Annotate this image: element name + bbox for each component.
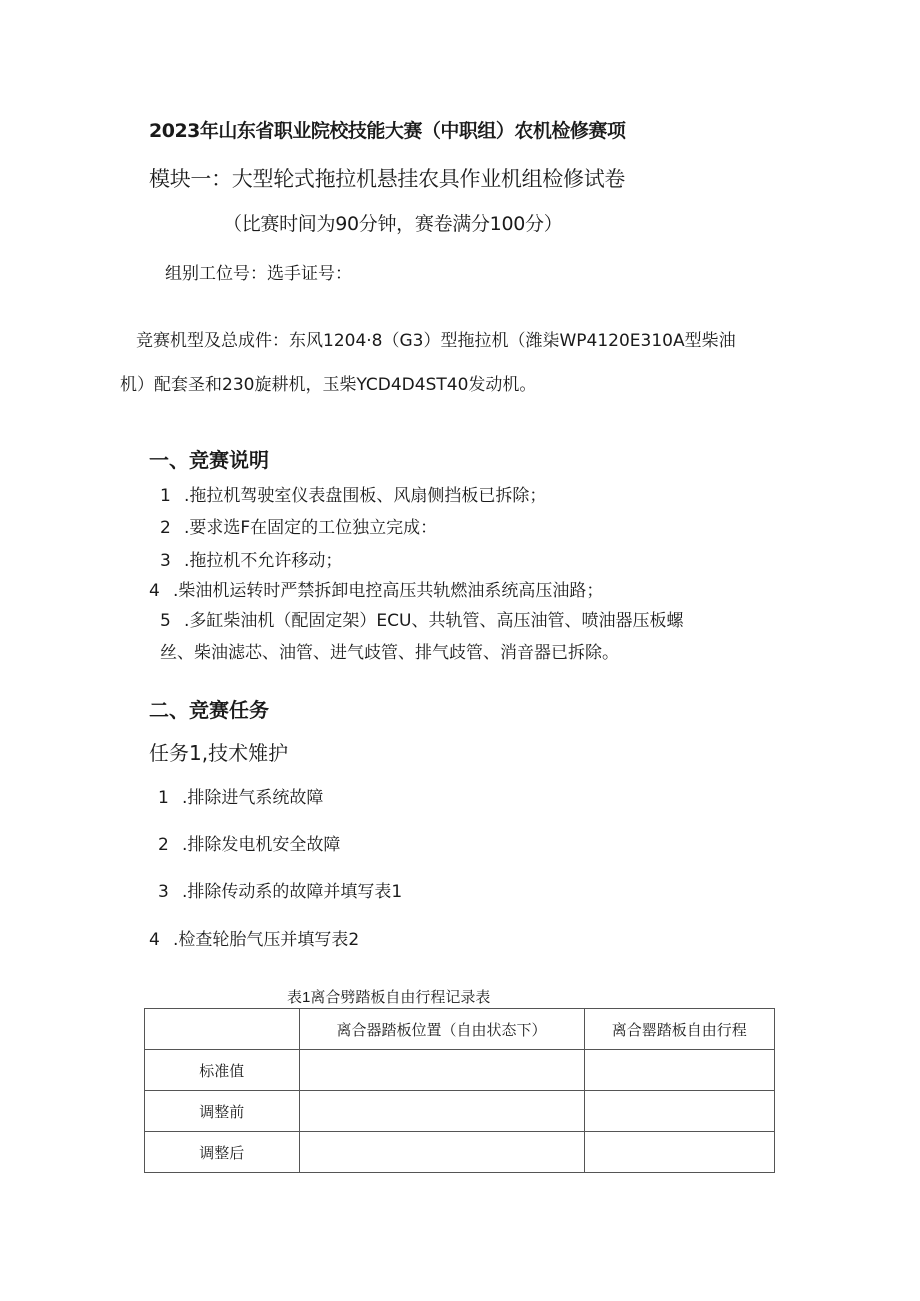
intro-line-1: 竞赛机型及总成件：东风1204·8（G3）型拖拉机（潍柒WP4120E310A型… xyxy=(136,326,736,351)
candidate-id-line: 组别工位号：选手证号： xyxy=(165,259,352,284)
rule-text: .多缸柴油机（配固定架）ECU、共轨管、高压油管、喷油器压板螺 xyxy=(184,611,683,631)
rule-text: .拖拉机驾驶室仪表盘围板、风扇侧挡板已拆除； xyxy=(184,486,546,506)
table-header-cell xyxy=(145,1009,300,1050)
table1-caption: 表1离合劈踏板自由行程记录表 xyxy=(287,986,490,1007)
intro-line-2: 机）配套圣和230旋耕机，玉柴YCD4D4ST40发动机。 xyxy=(120,370,536,395)
input-cell[interactable] xyxy=(299,1132,584,1173)
exam-title: 2023年山东省职业院校技能大赛（中职组）农机检修赛项 xyxy=(149,116,625,143)
table-row: 调整前 xyxy=(145,1091,775,1132)
task-number: 4 xyxy=(149,930,173,950)
task1-title: 任务1,技术雉护 xyxy=(149,737,288,766)
row-label: 标准值 xyxy=(145,1050,300,1091)
table-header-row: 离合器踏板位置（自由状态下） 离合罂踏板自由行程 xyxy=(145,1009,775,1050)
row-label: 调整前 xyxy=(145,1091,300,1132)
rule-item-5-continuation: 丝、柴油滤芯、油管、进气歧管、排气歧管、消音器已拆除。 xyxy=(160,638,619,663)
rule-text: .柴油机运转时严禁拆卸电控高压共轨燃油系统高压油路； xyxy=(173,581,603,601)
table-row: 标准值 xyxy=(145,1050,775,1091)
rule-item-1: 1.拖拉机驾驶室仪表盘围板、风扇侧挡板已拆除； xyxy=(160,481,546,506)
rule-number: 1 xyxy=(160,486,184,506)
rule-number: 3 xyxy=(160,551,184,571)
task-item-3: 3.排除传动系的故障并填写表1 xyxy=(158,877,402,902)
input-cell[interactable] xyxy=(584,1132,774,1173)
rule-text: .拖拉机不允许移动； xyxy=(184,551,342,571)
input-cell[interactable] xyxy=(584,1050,774,1091)
task-text: .排除进气系统故障 xyxy=(182,788,323,808)
section1-heading: 一、竞赛说明 xyxy=(149,444,269,473)
input-cell[interactable] xyxy=(299,1050,584,1091)
clutch-pedal-record-table: 离合器踏板位置（自由状态下） 离合罂踏板自由行程 标准值 调整前 调整后 xyxy=(144,1008,775,1173)
module-title: 模块一：大型轮式拖拉机悬挂农具作业机组检修试卷 xyxy=(149,163,625,193)
task-number: 3 xyxy=(158,882,182,902)
section2-heading: 二、竞赛任务 xyxy=(149,694,269,723)
rule-item-4: 4.柴油机运转时严禁拆卸电控高压共轨燃油系统高压油路； xyxy=(149,576,603,601)
rule-number: 4 xyxy=(149,581,173,601)
task-item-1: 1.排除进气系统故障 xyxy=(158,783,323,808)
table-header-cell: 离合罂踏板自由行程 xyxy=(584,1009,774,1050)
rule-text: .要求选F在固定的工位独立完成： xyxy=(184,518,437,538)
task-number: 1 xyxy=(158,788,182,808)
task-text: .排除传动系的故障并填写表1 xyxy=(182,882,402,902)
exam-duration-note: （比赛时间为90分钟，赛卷满分100分） xyxy=(223,209,562,236)
table-header-cell: 离合器踏板位置（自由状态下） xyxy=(299,1009,584,1050)
rule-number: 2 xyxy=(160,518,184,538)
input-cell[interactable] xyxy=(299,1091,584,1132)
table-row: 调整后 xyxy=(145,1132,775,1173)
task-number: 2 xyxy=(158,835,182,855)
rule-item-5: 5.多缸柴油机（配固定架）ECU、共轨管、高压油管、喷油器压板螺 xyxy=(160,606,683,631)
task-item-2: 2.排除发电机安全故障 xyxy=(158,830,340,855)
rule-number: 5 xyxy=(160,611,184,631)
task-item-4: 4.检查轮胎气压并填写表2 xyxy=(149,925,359,950)
rule-item-2: 2.要求选F在固定的工位独立完成： xyxy=(160,513,437,538)
task-text: .检查轮胎气压并填写表2 xyxy=(173,930,359,950)
input-cell[interactable] xyxy=(584,1091,774,1132)
rule-item-3: 3.拖拉机不允许移动； xyxy=(160,546,342,571)
row-label: 调整后 xyxy=(145,1132,300,1173)
task-text: .排除发电机安全故障 xyxy=(182,835,340,855)
